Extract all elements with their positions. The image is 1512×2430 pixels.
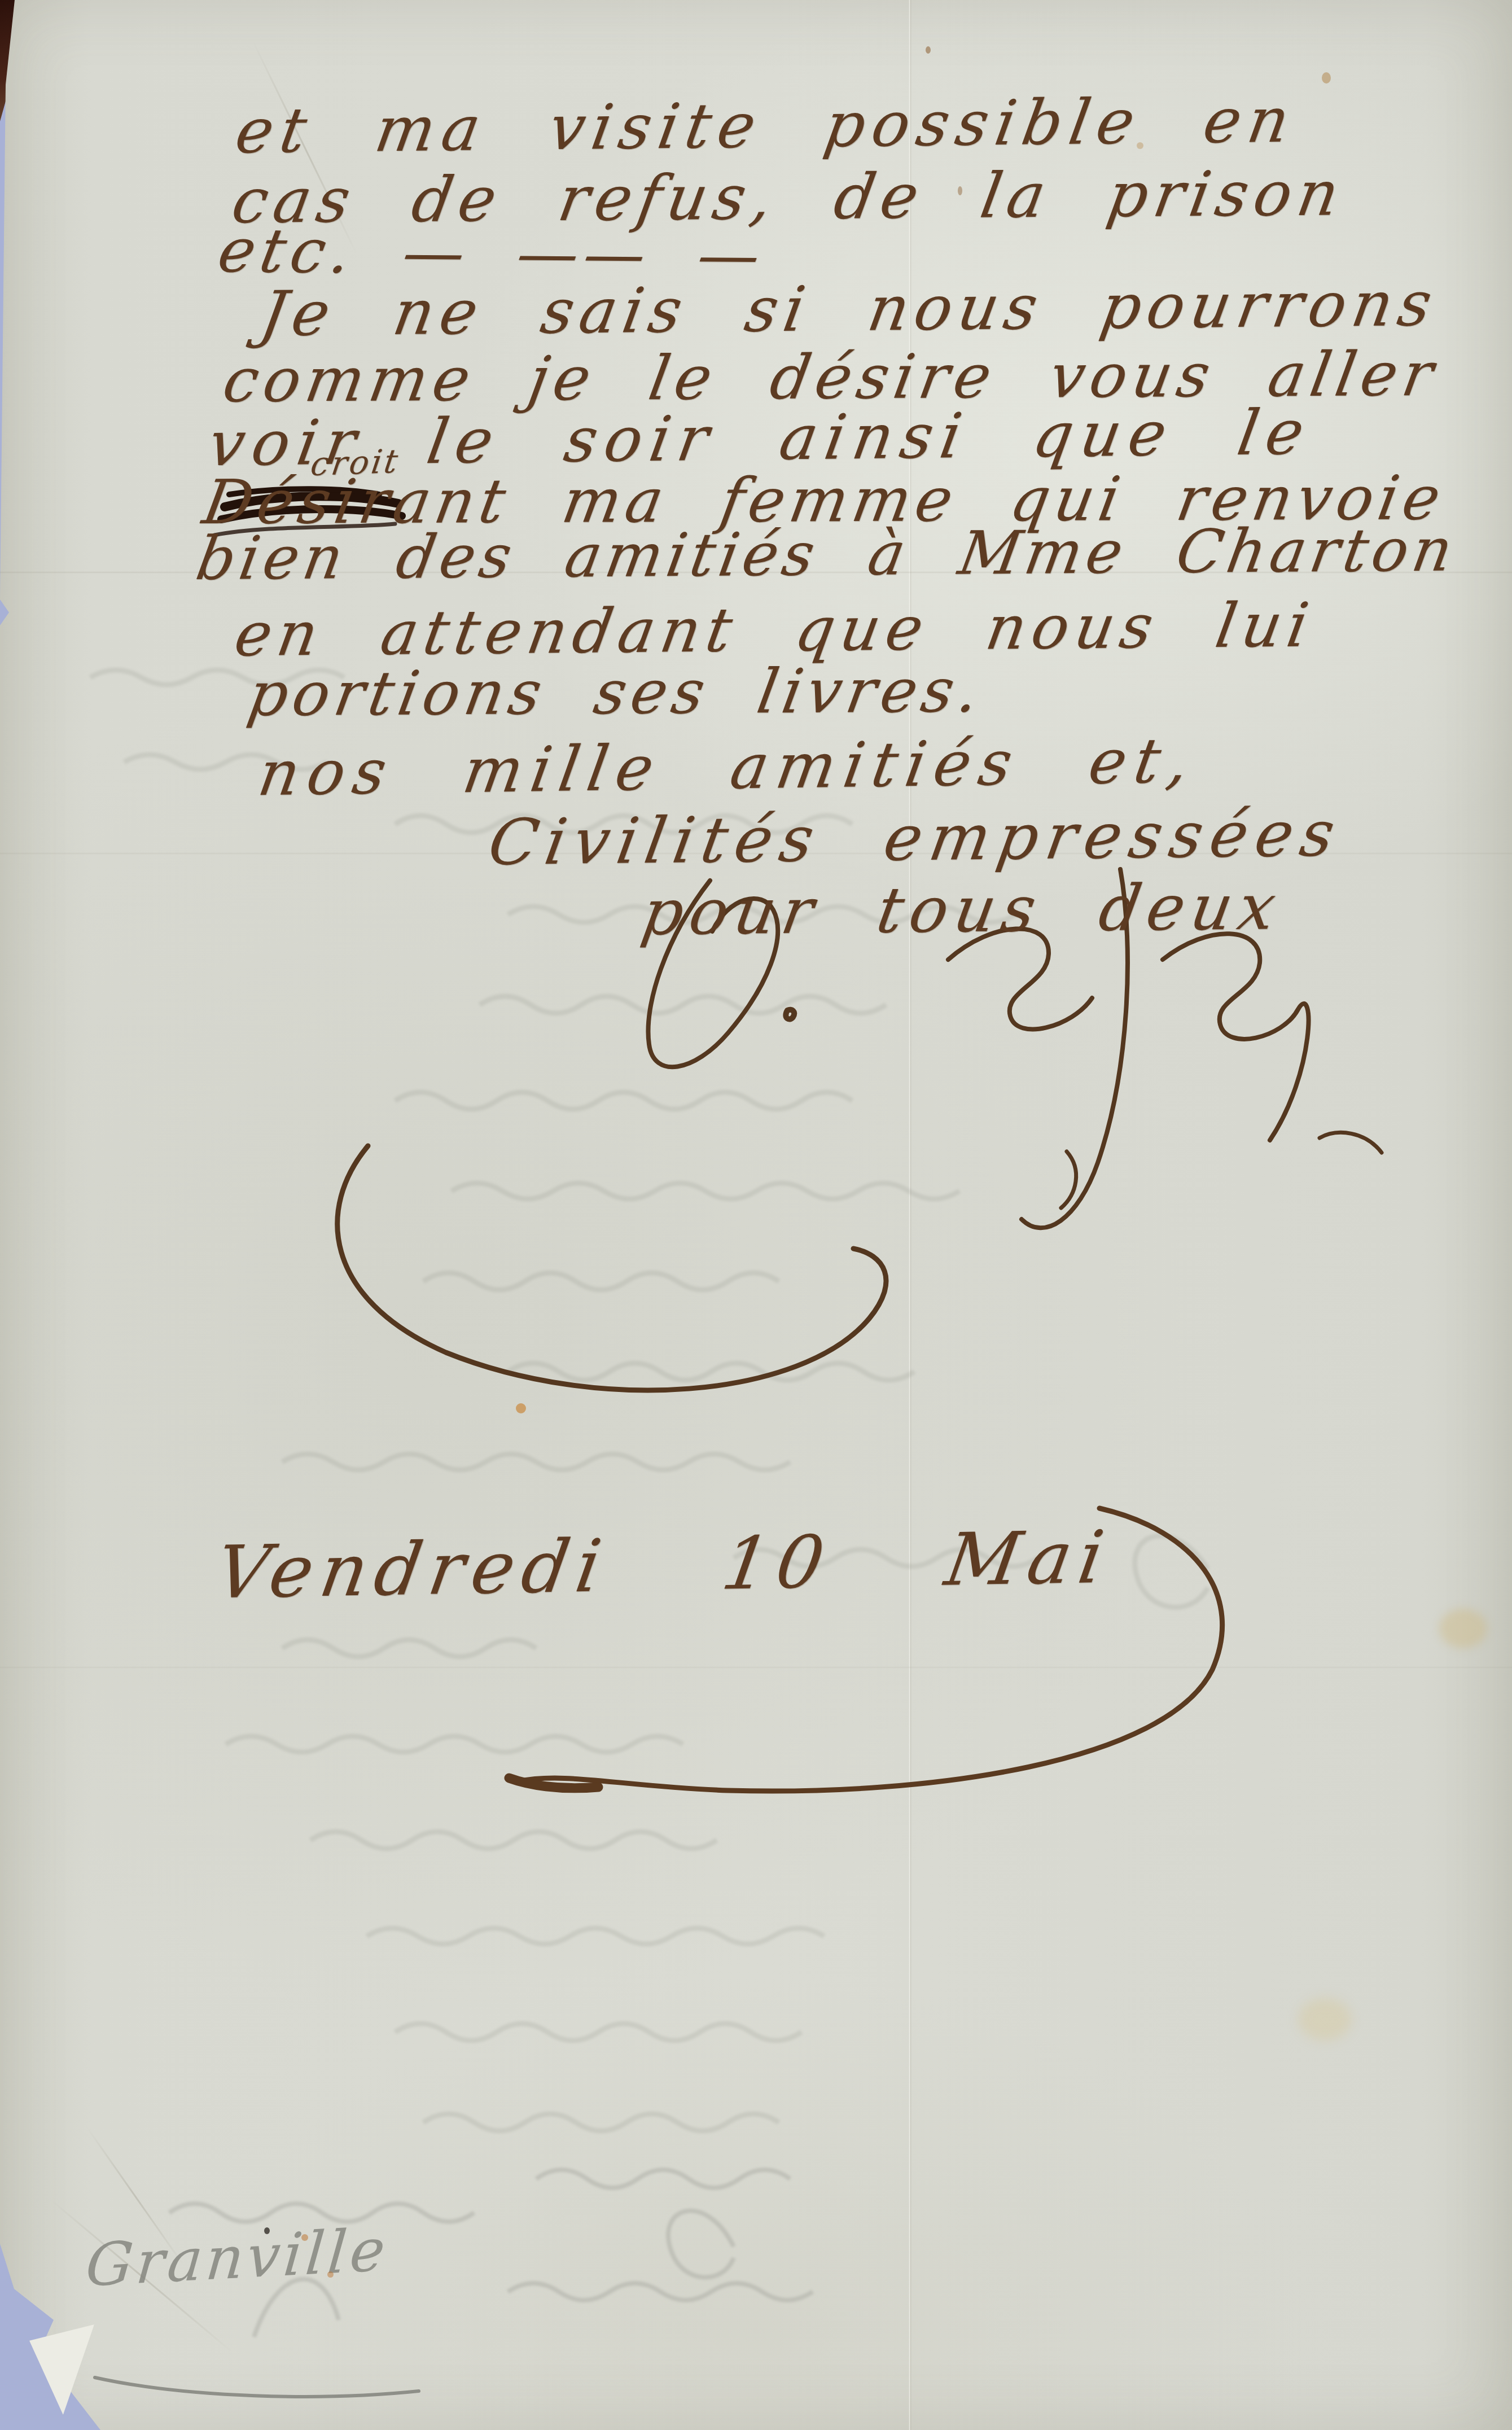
letter-line: pour tous deux [637, 870, 1287, 949]
foxing-stain [1298, 1998, 1352, 2041]
foxing-stain [1322, 72, 1331, 84]
foxing-stain [958, 186, 962, 195]
letter-line: nos mille amitiés et, [253, 724, 1202, 809]
foxing-stain [1439, 1609, 1487, 1648]
letter-line: et ma visite possible en [231, 84, 1302, 167]
paraph-flourish [338, 1133, 1382, 1390]
letter-line: portions ses livres. [243, 655, 989, 730]
date-line: Vendredi 10 Mai [210, 1515, 1117, 1615]
foxing-stain [327, 2271, 334, 2278]
ink-speck [264, 2227, 270, 2234]
pencil-underline [95, 2378, 419, 2397]
scanned-letter-photo: et ma visite possible en cas de refus, d… [0, 0, 1512, 2430]
foxing-stain [926, 46, 931, 54]
foxing-stain [301, 2234, 308, 2241]
letter-line: Civilités empressées [483, 797, 1347, 879]
foxing-stain [516, 1403, 526, 1413]
letter-line: Je ne sais si nous pourrons [256, 268, 1443, 350]
foxing-stain [1137, 142, 1143, 149]
letter-line: bien des amitiés à Mme Charton [191, 515, 1462, 593]
